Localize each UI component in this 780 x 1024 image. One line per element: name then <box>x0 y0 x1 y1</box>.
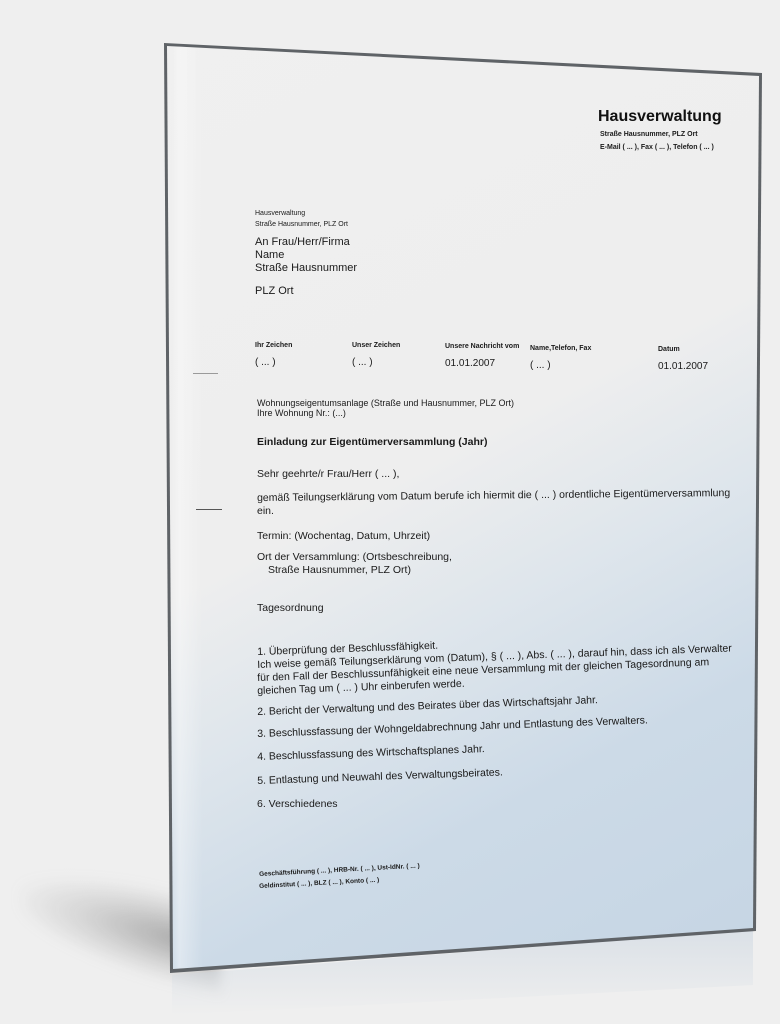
company-name: Hausverwaltung <box>598 108 722 126</box>
sender-address: Straße Hausnummer, PLZ Ort <box>255 219 348 230</box>
salutation: Sehr geehrte/r Frau/Herr ( ... ), <box>257 468 399 480</box>
letter-title: Einladung zur Eigentümerversammlung (Jah… <box>257 436 487 448</box>
recipient-block: An Frau/Herr/Firma Name Straße Hausnumme… <box>255 236 357 275</box>
ref-label-name-telefon-fax: Name,Telefon, Fax <box>530 345 591 352</box>
sender-name: Hausverwaltung <box>255 208 348 219</box>
fold-mark-middle <box>196 509 222 510</box>
unit-line: Ihre Wohnung Nr.: (...) <box>257 408 346 418</box>
ref-value-datum: 01.01.2007 <box>658 361 708 372</box>
agenda-heading: Tagesordnung <box>257 602 324 614</box>
company-contact: E-Mail ( ... ), Fax ( ... ), Telefon ( .… <box>600 144 714 151</box>
ref-label-nachricht-vom: Unsere Nachricht vom <box>445 343 519 350</box>
ref-label-datum: Datum <box>658 346 680 353</box>
ort-line-1: Ort der Versammlung: (Ortsbeschreibung, <box>257 551 452 563</box>
company-address: Straße Hausnummer, PLZ Ort <box>600 131 698 138</box>
recipient-line-2: Name <box>255 249 357 262</box>
sender-block: Hausverwaltung Straße Hausnummer, PLZ Or… <box>255 208 348 230</box>
intro-line-2: ein. <box>257 505 274 517</box>
ref-value-ihr-zeichen: ( ... ) <box>255 357 276 368</box>
recipient-line-1: An Frau/Herr/Firma <box>255 236 357 249</box>
ref-label-unser-zeichen: Unser Zeichen <box>352 342 400 349</box>
ref-label-ihr-zeichen: Ihr Zeichen <box>255 342 292 349</box>
ref-value-nachricht-vom: 01.01.2007 <box>445 358 495 369</box>
fold-mark-top <box>193 373 218 374</box>
ref-value-unser-zeichen: ( ... ) <box>352 357 373 368</box>
termin-line: Termin: (Wochentag, Datum, Uhrzeit) <box>257 530 430 542</box>
ort-line-2: Straße Hausnummer, PLZ Ort) <box>268 564 411 576</box>
ref-value-name-telefon-fax: ( ... ) <box>530 360 551 371</box>
recipient-line-3: Straße Hausnummer <box>255 262 357 275</box>
recipient-line-4: PLZ Ort <box>255 285 294 297</box>
agenda-item-6: 6. Verschiedenes <box>257 798 338 810</box>
property-line: Wohnungseigentumsanlage (Straße und Haus… <box>257 398 514 408</box>
